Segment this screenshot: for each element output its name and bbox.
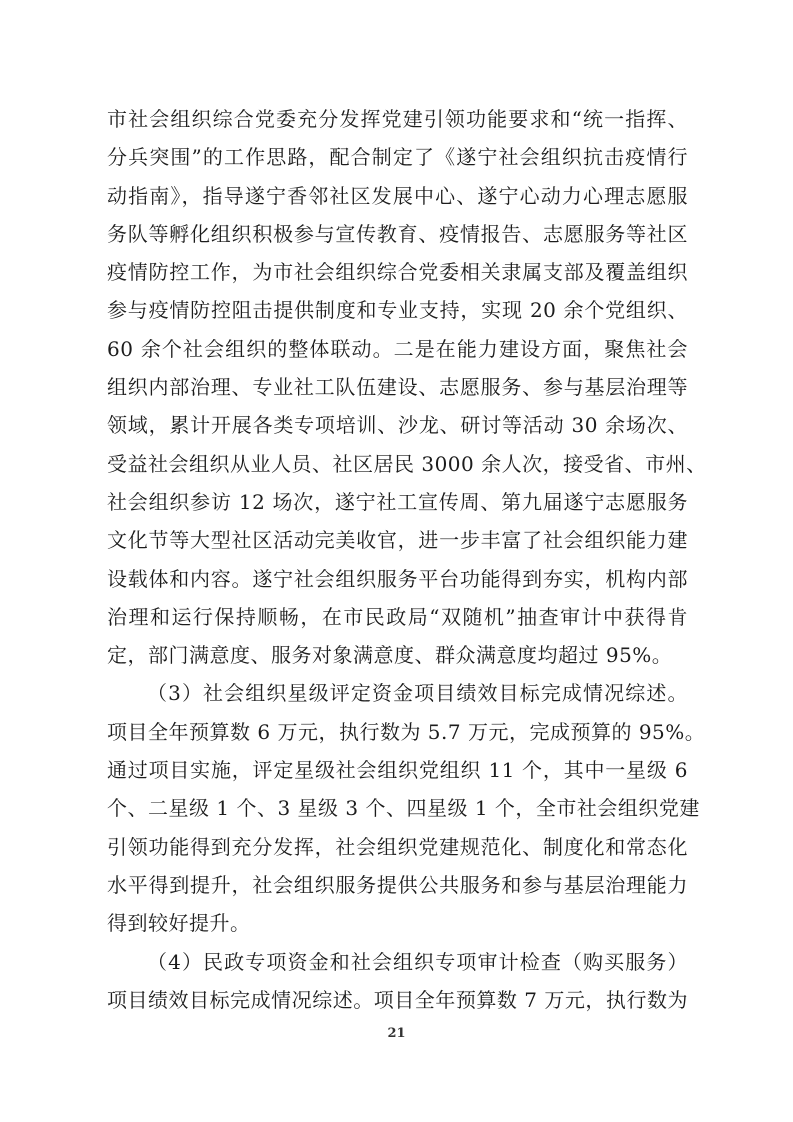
text-line: 治理和运行保持顺畅，在市民政局“双随机”抽查审计中获得肯 [107,598,688,636]
text-line: 领域，累计开展各类专项培训、沙龙、研讨等活动 30 余场次、 [107,406,688,444]
text-line: 受益社会组织从业人员、社区居民 3000 余人次，接受省、市州、 [107,445,688,483]
text-line: 务队等孵化组织积极参与宣传教育、疫情报告、志愿服务等社区 [107,215,688,253]
body-text: 市社会组织综合党委充分发挥党建引领功能要求和“统一指挥、 分兵突围”的工作思路，… [107,100,688,1019]
text-line: 文化节等大型社区活动完美收官，进一步丰富了社会组织能力建 [107,521,688,559]
text-line: 社会组织参访 12 场次，遂宁社工宣传周、第九届遂宁志愿服务 [107,483,688,521]
page-number: 21 [387,1026,405,1041]
document-page: 市社会组织综合党委充分发挥党建引领功能要求和“统一指挥、 分兵突围”的工作思路，… [0,0,793,1122]
text-line-paragraph-end: 定，部门满意度、服务对象满意度、群众满意度均超过 95%。 [107,636,688,674]
text-line-paragraph-start: （3）社会组织星级评定资金项目绩效目标完成情况综述。 [107,674,688,712]
text-line: 水平得到提升，社会组织服务提供公共服务和参与基层治理能力 [107,866,688,904]
text-line: 疫情防控工作，为市社会组织综合党委相关隶属支部及覆盖组织 [107,253,688,291]
text-line: 通过项目实施，评定星级社会组织党组织 11 个，其中一星级 6 [107,751,688,789]
text-line-paragraph-end: 得到较好提升。 [107,904,688,942]
text-line: 引领功能得到充分发挥，社会组织党建规范化、制度化和常态化 [107,828,688,866]
text-line-paragraph-start: （4）民政专项资金和社会组织专项审计检查（购买服务） [107,943,688,981]
text-line: 60 余个社会组织的整体联动。二是在能力建设方面，聚焦社会 [107,330,688,368]
page-footer: 21 [0,1022,793,1041]
text-line: 项目全年预算数 6 万元，执行数为 5.7 万元，完成预算的 95%。 [107,713,688,751]
text-line: 市社会组织综合党委充分发挥党建引领功能要求和“统一指挥、 [107,100,688,138]
text-line: 项目绩效目标完成情况综述。项目全年预算数 7 万元，执行数为 [107,981,688,1019]
text-line: 分兵突围”的工作思路，配合制定了《遂宁社会组织抗击疫情行 [107,138,688,176]
text-line: 参与疫情防控阻击提供制度和专业支持，实现 20 余个党组织、 [107,291,688,329]
text-line: 个、二星级 1 个、3 星级 3 个、四星级 1 个，全市社会组织党建 [107,789,688,827]
text-line: 设载体和内容。遂宁社会组织服务平台功能得到夯实，机构内部 [107,560,688,598]
text-line: 动指南》，指导遂宁香邻社区发展中心、遂宁心动力心理志愿服 [107,177,688,215]
text-line: 组织内部治理、专业社工队伍建设、志愿服务、参与基层治理等 [107,368,688,406]
